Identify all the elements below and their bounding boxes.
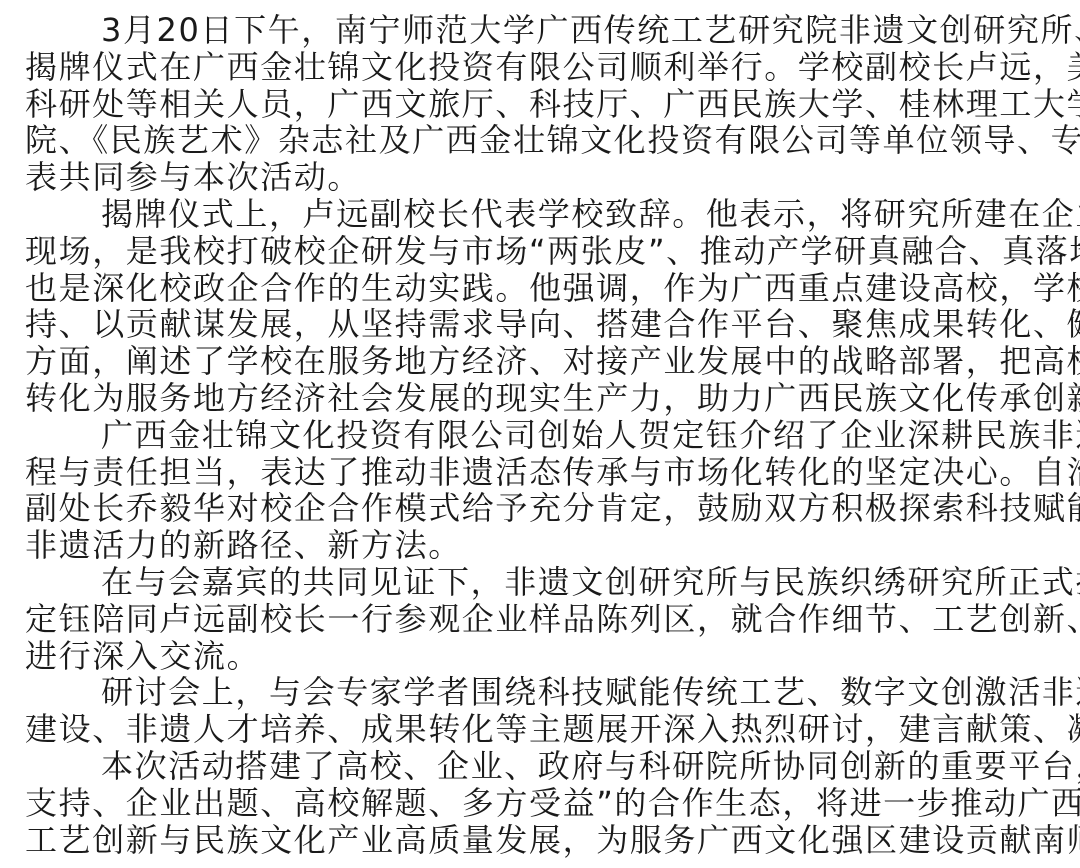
text-line: 非遗活力的新路径、新方法。 (25, 527, 1025, 564)
text-line: 建设、非遗人才培养、成果转化等主题展开深入热烈研讨，建言献策、凝聚广泛共识。 (25, 711, 1025, 748)
paragraph-1: 3月20日下午，南宁师范大学广西传统工艺研究院非遗文创研究所、民族织绣研究所 揭… (25, 12, 1025, 196)
text-line: 现场，是我校打破校企研发与市场“两张皮”、推动产学研真融合、真落地的具体行动， (25, 233, 1025, 270)
text-line: 定钰陪同卢远副校长一行参观企业样品陈列区，就合作细节、工艺创新、人才培养等内容 (25, 601, 1025, 638)
text-line: 院、《民族艺术》杂志社及广西金壮锦文化投资有限公司等单位领导、专家学者、企业代 (25, 122, 1025, 159)
paragraph-4: 在与会嘉宾的共同见证下，非遗文创研究所与民族织绣研究所正式揭牌。仪式后，贺 定钰… (25, 564, 1025, 674)
text-line: 揭牌仪式在广西金壮锦文化投资有限公司顺利举行。学校副校长卢远，美术与设计学院、 (25, 49, 1025, 86)
text-line: 进行深入交流。 (25, 638, 1025, 675)
text-line: 方面，阐述了学校在服务地方经济、对接产业发展中的战略部署，把高校科研与人才优势 (25, 343, 1025, 380)
text-line: 支持、企业出题、高校解题、多方受益”的合作生态，将进一步推动广西非遗传承、传统 (25, 785, 1025, 822)
paragraph-2: 揭牌仪式上，卢远副校长代表学校致辞。他表示，将研究所建在企业一线、建在产业 现场… (25, 196, 1025, 417)
paragraph-3: 广西金壮锦文化投资有限公司创始人贺定钰介绍了企业深耕民族非遗产业化的发展历 程与… (25, 417, 1025, 564)
text-line: 在与会嘉宾的共同见证下，非遗文创研究所与民族织绣研究所正式揭牌。仪式后，贺 (25, 564, 1025, 601)
text-line: 表共同参与本次活动。 (25, 159, 1025, 196)
text-line: 持、以贡献谋发展，从坚持需求导向、搭建合作平台、聚焦成果转化、健全长效机制四个 (25, 306, 1025, 343)
text-line: 广西金壮锦文化投资有限公司创始人贺定钰介绍了企业深耕民族非遗产业化的发展历 (25, 417, 1025, 454)
text-line: 程与责任担当，表达了推动非遗活态传承与市场化转化的坚定决心。自治区文旅厅非遗处 (25, 454, 1025, 491)
text-line: 科研处等相关人员，广西文旅厅、科技厅、广西民族大学、桂林理工大学、广西社会科学 (25, 86, 1025, 123)
article-body: 3月20日下午，南宁师范大学广西传统工艺研究院非遗文创研究所、民族织绣研究所 揭… (25, 12, 1025, 858)
text-line: 工艺创新与民族文化产业高质量发展，为服务广西文化强区建设贡献南师力量。 (25, 822, 1025, 859)
text-line: 也是深化校政企合作的生动实践。他强调，作为广西重点建设高校，学校坚持以服务求支 (25, 270, 1025, 307)
text-line: 转化为服务地方经济社会发展的现实生产力，助力广西民族文化传承创新与产业升级。 (25, 380, 1025, 417)
text-line: 副处长乔毅华对校企合作模式给予充分肯定，鼓励双方积极探索科技赋能、数字创新激活 (25, 490, 1025, 527)
text-line: 本次活动搭建了高校、企业、政府与科研院所协同创新的重要平台，明确构建“政府 (25, 748, 1025, 785)
paragraph-5: 研讨会上，与会专家学者围绕科技赋能传统工艺、数字文创激活非遗、产教融合课程 建设… (25, 674, 1025, 748)
paragraph-6: 本次活动搭建了高校、企业、政府与科研院所协同创新的重要平台，明确构建“政府 支持… (25, 748, 1025, 858)
text-line: 揭牌仪式上，卢远副校长代表学校致辞。他表示，将研究所建在企业一线、建在产业 (25, 196, 1025, 233)
text-line: 3月20日下午，南宁师范大学广西传统工艺研究院非遗文创研究所、民族织绣研究所 (25, 12, 1025, 49)
text-line: 研讨会上，与会专家学者围绕科技赋能传统工艺、数字文创激活非遗、产教融合课程 (25, 674, 1025, 711)
